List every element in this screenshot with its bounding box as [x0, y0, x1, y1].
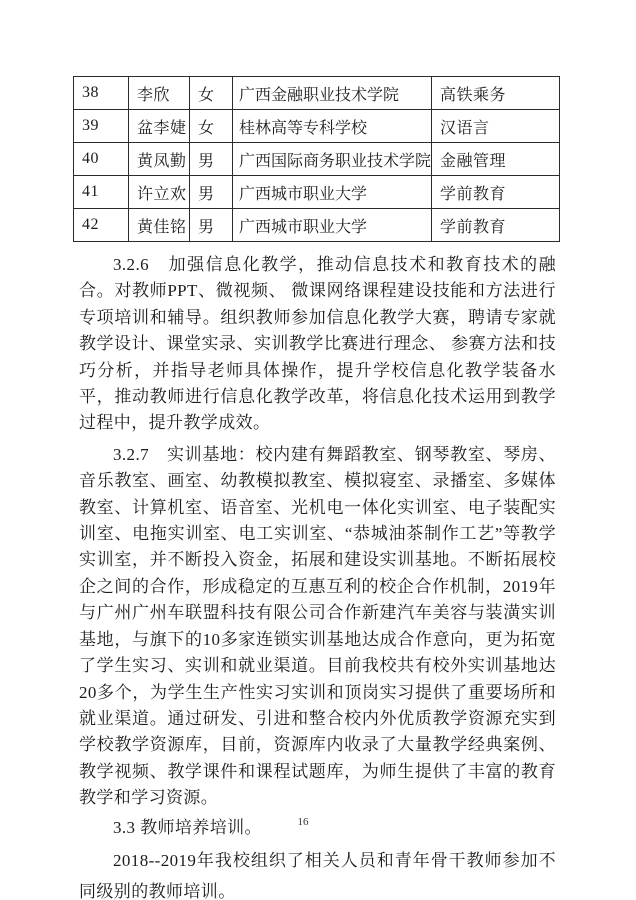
table-row: 40 黄凤勤 男 广西国际商务职业技术学院 金融管理 [74, 143, 560, 176]
body-text: 3.2.6 加强信息化教学，推动信息技术和教育技术的融合。对教师PPT、微视频、… [79, 252, 556, 900]
page-number: 16 [0, 816, 606, 828]
cell-school: 广西城市职业大学 [233, 209, 432, 242]
cell-name: 黄凤勤 [129, 143, 190, 176]
cell-gender: 男 [190, 209, 233, 242]
document-page: 38 李欣 女 广西金融职业技术学院 高铁乘务 39 盆李婕 女 桂林高等专科学… [0, 0, 636, 900]
paragraph-3-2-6: 3.2.6 加强信息化教学，推动信息技术和教育技术的融合。对教师PPT、微视频、… [79, 252, 556, 437]
cell-name: 李欣 [129, 77, 190, 110]
cell-no: 40 [74, 143, 129, 176]
table-row: 39 盆李婕 女 桂林高等专科学校 汉语言 [74, 110, 560, 143]
cell-no: 41 [74, 176, 129, 209]
cell-no: 42 [74, 209, 129, 242]
graduates-table: 38 李欣 女 广西金融职业技术学院 高铁乘务 39 盆李婕 女 桂林高等专科学… [73, 76, 560, 242]
cell-gender: 女 [190, 77, 233, 110]
paragraph-3-2-7: 3.2.7 实训基地：校内建有舞蹈教室、钢琴教室、琴房、音乐教室、画室、幼教模拟… [79, 442, 556, 812]
cell-name: 黄佳铭 [129, 209, 190, 242]
cell-name: 许立欢 [129, 176, 190, 209]
cell-name: 盆李婕 [129, 110, 190, 143]
cell-major: 学前教育 [432, 209, 560, 242]
cell-school: 桂林高等专科学校 [233, 110, 432, 143]
cell-major: 金融管理 [432, 143, 560, 176]
paragraph-2018-2019: 2018--2019年我校组织了相关人员和青年骨干教师参加不同级别的教师培训。 [79, 845, 556, 900]
table-row: 38 李欣 女 广西金融职业技术学院 高铁乘务 [74, 77, 560, 110]
table-row: 41 许立欢 男 广西城市职业大学 学前教育 [74, 176, 560, 209]
cell-gender: 男 [190, 176, 233, 209]
cell-major: 汉语言 [432, 110, 560, 143]
table-row: 42 黄佳铭 男 广西城市职业大学 学前教育 [74, 209, 560, 242]
cell-major: 学前教育 [432, 176, 560, 209]
cell-school: 广西金融职业技术学院 [233, 77, 432, 110]
cell-gender: 女 [190, 110, 233, 143]
cell-school: 广西城市职业大学 [233, 176, 432, 209]
cell-no: 38 [74, 77, 129, 110]
cell-major: 高铁乘务 [432, 77, 560, 110]
cell-gender: 男 [190, 143, 233, 176]
cell-school: 广西国际商务职业技术学院 [233, 143, 432, 176]
cell-no: 39 [74, 110, 129, 143]
